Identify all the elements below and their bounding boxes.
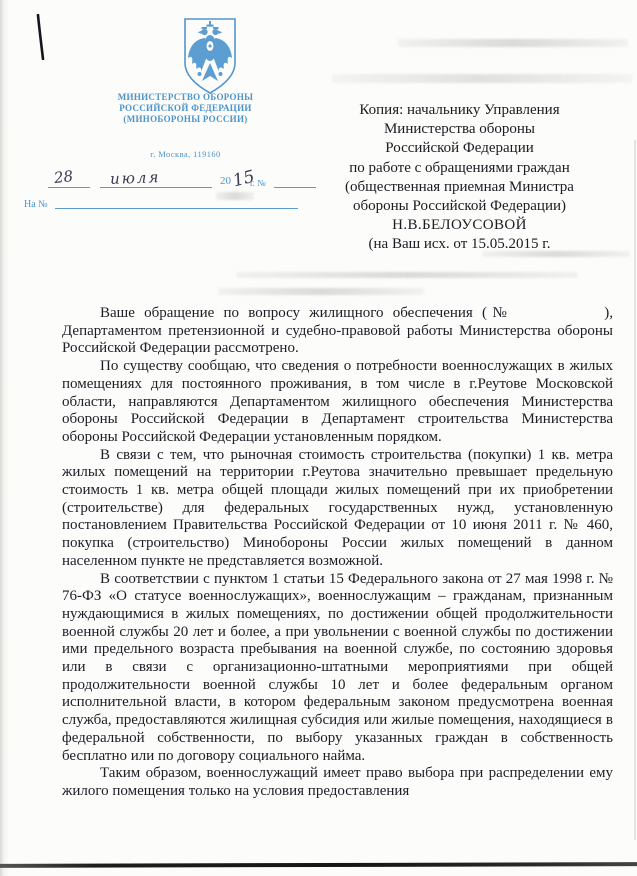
reference-number-line: На № — [24, 196, 314, 212]
handwritten-month: июля — [110, 168, 161, 188]
ref-no-underline — [55, 208, 298, 209]
org-line-1: МИНИСТЕРСТВО ОБОРОНЫ — [88, 92, 283, 103]
org-line-3: (МИНОБОРОНЫ РОССИИ) — [88, 114, 283, 125]
recipient-line: Министерства обороны — [302, 120, 617, 139]
body-paragraph-1: Ваше обращение по вопросу жилищного обес… — [62, 305, 613, 358]
pen-stroke-mark — [36, 14, 45, 60]
recipient-line: Российской Федерации — [302, 139, 617, 158]
printed-year-prefix: 20 — [220, 175, 231, 187]
recipient-block: Копия: начальнику Управления Министерств… — [302, 101, 617, 255]
recipient-line: обороны Российской Федерации) — [302, 197, 617, 216]
scan-edge-line — [0, 862, 637, 868]
body-paragraph-2: По существу сообщаю, что сведения о потр… — [62, 358, 613, 447]
date-line: 28 июля 20 15 г. № — [26, 168, 316, 192]
recipient-name: Н.В.БЕЛОУСОВОЙ — [302, 216, 617, 235]
scanned-letter-page: МИНИСТЕРСТВО ОБОРОНЫ РОССИЙСКОЙ ФЕДЕРАЦИ… — [0, 0, 637, 876]
recipient-line: (общественная приемная Министра — [302, 178, 617, 197]
redaction-smudge — [218, 288, 424, 295]
letter-body: Ваше обращение по вопросу жилищного обес… — [62, 305, 613, 801]
scan-edge-right — [634, 140, 636, 840]
ref-no-label: На № — [24, 199, 48, 210]
letterhead-city: г. Москва, 119160 — [88, 149, 283, 159]
redaction-smudge — [482, 251, 630, 257]
body-paragraph-3: В связи с тем, что рыночная стоимость ст… — [62, 447, 613, 571]
redaction-smudge — [236, 272, 578, 278]
date-suffix-label: г. № — [250, 178, 266, 188]
handwritten-day: 28 — [53, 167, 74, 187]
scan-edge-left — [0, 0, 9, 876]
recipient-line: Копия: начальнику Управления — [302, 101, 617, 120]
redaction-smudge — [216, 192, 254, 200]
recipient-line: по работе с обращениями граждан — [302, 159, 617, 178]
letterhead-org-name: МИНИСТЕРСТВО ОБОРОНЫ РОССИЙСКОЙ ФЕДЕРАЦИ… — [88, 92, 283, 125]
redaction-smudge — [332, 74, 632, 83]
body-paragraph-4: В соответствии с пунктом 1 статьи 15 Фед… — [62, 571, 613, 766]
body-paragraph-5: Таким образом, военнослужащий имеет прав… — [62, 765, 613, 800]
coat-of-arms-icon — [181, 17, 239, 97]
redaction-smudge — [398, 39, 628, 47]
org-line-2: РОССИЙСКОЙ ФЕДЕРАЦИИ — [88, 103, 283, 114]
